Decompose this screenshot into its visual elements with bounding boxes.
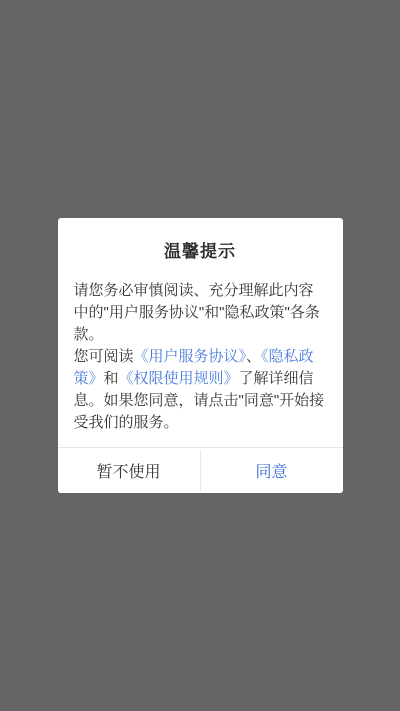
- body-text: 和: [104, 370, 119, 387]
- user-service-agreement-link[interactable]: 《用户服务协议》: [134, 348, 247, 365]
- dialog-body: 请您务必审慎阅读、充分理解此内容中的"用户服务协议"和"隐私政策"各条款。您可阅…: [74, 280, 327, 434]
- body-text: 请您务必审慎阅读、充分理解此内容中的"用户服务协议"和"隐私政策"各条款。: [74, 282, 320, 343]
- body-paragraph: 您可阅读《用户服务协议》、《隐私政策》和《权限使用规则》了解详细信息。如果您同意…: [74, 346, 327, 434]
- body-text: 、: [246, 348, 261, 365]
- consent-dialog: 温馨提示 请您务必审慎阅读、充分理解此内容中的"用户服务协议"和"隐私政策"各条…: [58, 218, 343, 493]
- decline-button[interactable]: 暂不使用: [58, 448, 200, 493]
- agree-button[interactable]: 同意: [201, 448, 343, 493]
- dialog-button-row: 暂不使用 同意: [58, 447, 343, 493]
- modal-overlay: 温馨提示 请您务必审慎阅读、充分理解此内容中的"用户服务协议"和"隐私政策"各条…: [58, 218, 343, 493]
- body-paragraph: 请您务必审慎阅读、充分理解此内容中的"用户服务协议"和"隐私政策"各条款。: [74, 280, 327, 346]
- permission-usage-rules-link[interactable]: 《权限使用规则》: [119, 370, 239, 387]
- body-text: 您可阅读: [74, 348, 134, 365]
- dialog-title: 温馨提示: [58, 218, 343, 262]
